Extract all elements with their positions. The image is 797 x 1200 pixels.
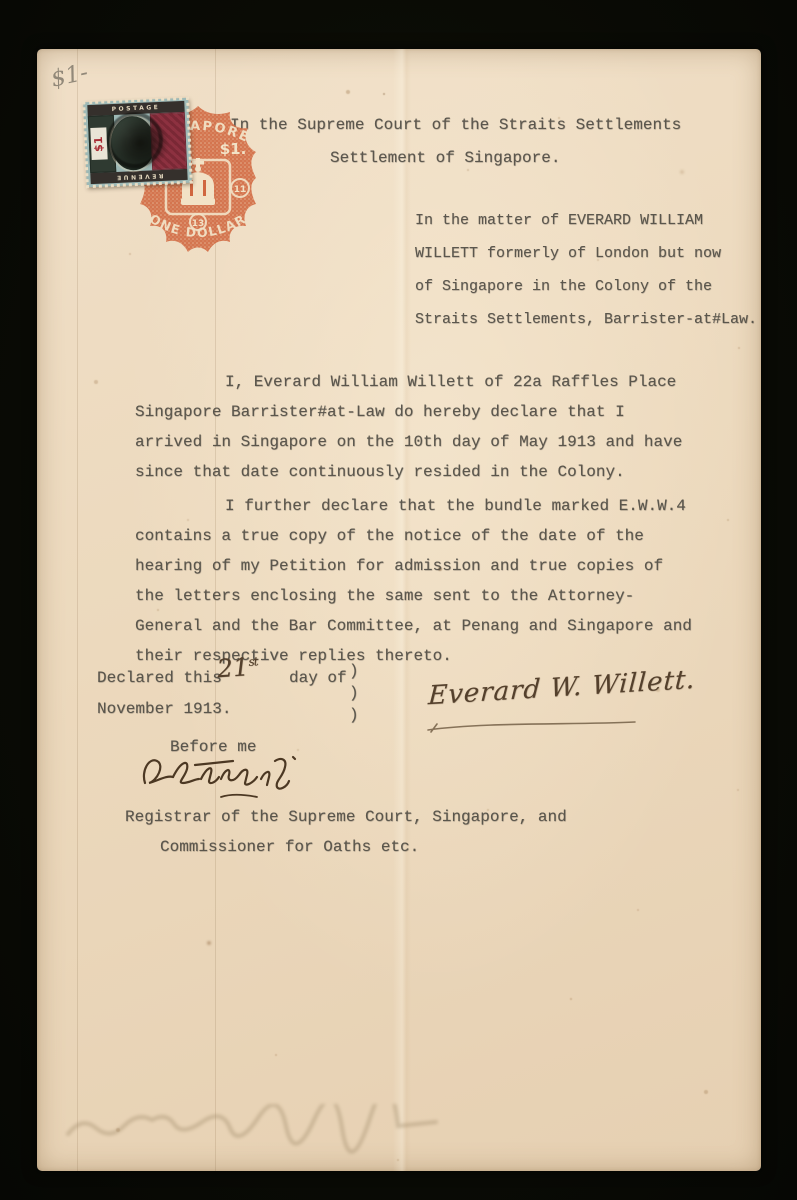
revenue-stamp-plate-right: 11 [234,185,247,195]
body-paragraph2-line: the letters enclosing the same sent to t… [135,586,634,606]
matter-line: In the matter of EVERARD WILLIAM [415,211,703,231]
matter-line: Straits Settlements, Barrister-at#Law. [415,310,757,330]
left-margin-fold-line [77,49,78,1171]
jurat-paren: ) [349,661,359,681]
declaration-date: November 1913. [97,699,231,719]
matter-line: of Singapore in the Colony of the [415,277,712,297]
body-paragraph1-line: Singapore Barrister#at-Law do hereby dec… [135,402,625,422]
body-paragraph2-line: their respective replies thereto. [135,646,452,666]
body-paragraph1-line: since that date continuously resided in … [135,462,625,482]
postage-stamp-icon: POSTAGE REVENUE $1 [83,98,192,187]
signature-flourish-line [423,717,641,737]
body-paragraph2-line: General and the Bar Committee, at Penang… [135,616,692,636]
body-paragraph2-line: hearing of my Petition for admission and… [135,556,663,576]
matter-line: WILLETT formerly of London but now [415,244,721,264]
registrar-title-line1: Registrar of the Supreme Court, Singapor… [125,807,567,827]
postage-stamp-value-text: $1 [92,136,106,152]
day-suffix: st [248,654,258,669]
registrar-signature [137,751,322,803]
registrar-title-line2: Commissioner for Oaths etc. [160,837,419,857]
declared-this-label: Declared this [97,668,222,688]
deponent-signature: Everard W. Willett. [427,665,696,712]
center-fold-highlight [393,49,411,1171]
body-paragraph2-line: contains a true copy of the notice of th… [135,526,644,546]
court-heading-line2: Settlement of Singapore. [330,148,560,168]
handwritten-day-number: 21st [216,652,259,684]
court-heading-line1: In the Supreme Court of the Straits Sett… [230,115,681,135]
jurat-paren: ) [349,683,359,703]
body-paragraph1-line: I, Everard William Willett of 22a Raffle… [225,372,676,392]
postage-stamp-value-tablet: $1 [90,127,107,160]
jurat-paren: ) [349,705,359,725]
revenue-stamp-value-text: $1. [220,140,247,158]
day-of-label: day of [289,668,347,688]
body-paragraph1-line: arrived in Singapore on the 10th day of … [135,432,682,452]
foxing-spots [37,49,39,51]
body-paragraph2-line: I further declare that the bundle marked… [225,496,686,516]
faint-bottom-scrawl [62,1104,442,1154]
pencil-value-note: $1- [49,59,91,92]
document-page: $1- SINGAPORE $1. [37,49,761,1171]
